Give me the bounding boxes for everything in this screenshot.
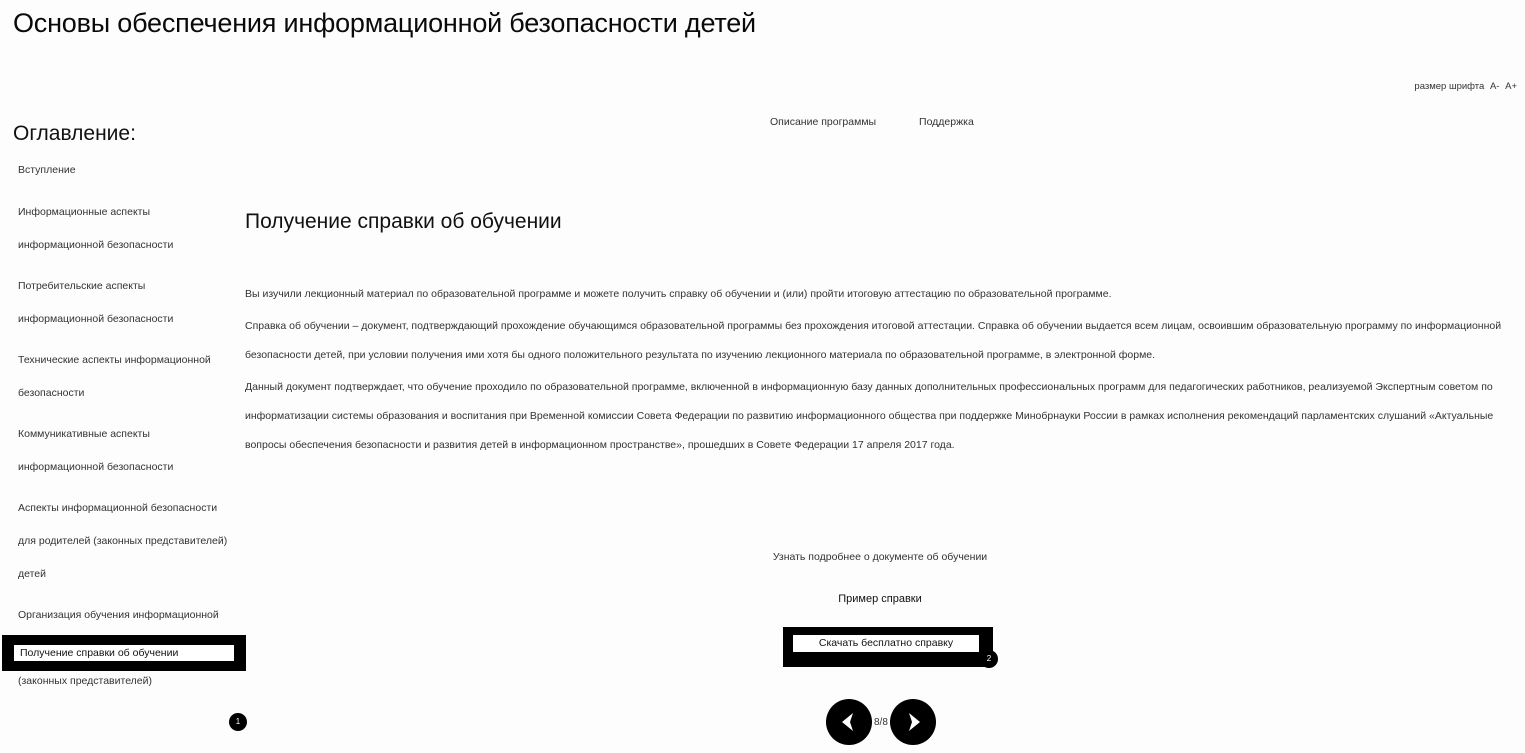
top-nav: Описание программы Поддержка bbox=[770, 116, 1014, 128]
toc-item-parent-aspects[interactable]: Аспекты информационной безопасности для … bbox=[0, 492, 240, 591]
font-size-control: размер шрифта А- А+ bbox=[1411, 81, 1517, 92]
paragraph-intro: Вы изучили лекционный материал по образо… bbox=[245, 280, 1520, 309]
toc-item-consumer-aspects[interactable]: Потребительские аспекты информационной б… bbox=[0, 270, 240, 336]
toc-list: Вступление Информационные аспекты информ… bbox=[0, 163, 240, 706]
annotation-marker-1: 1 bbox=[229, 713, 247, 731]
download-certificate-button[interactable]: Скачать бесплатно справку bbox=[793, 635, 979, 652]
certificate-actions: Узнать подробнее о документе об обучении… bbox=[235, 540, 1525, 605]
chevron-right-icon bbox=[901, 710, 925, 734]
more-about-document-link[interactable]: Узнать подробнее о документе об обучении bbox=[773, 551, 987, 563]
toc-item-communication-aspects[interactable]: Коммуникативные аспекты информационной б… bbox=[0, 418, 240, 484]
prev-page-button[interactable] bbox=[826, 699, 872, 745]
page-counter: 8/8 bbox=[874, 717, 888, 728]
toc-item-certificate[interactable]: Получение справки об обучении bbox=[2, 635, 246, 671]
annotation-marker-2: 2 bbox=[980, 650, 998, 668]
sample-certificate-label[interactable]: Пример справки bbox=[235, 593, 1525, 605]
toc-title: Оглавление: bbox=[13, 122, 136, 146]
font-size-decrease-button[interactable]: А- bbox=[1490, 81, 1500, 92]
site-title: Основы обеспечения информационной безопа… bbox=[13, 8, 756, 39]
nav-program-description[interactable]: Описание программы bbox=[770, 116, 876, 128]
page-title: Получение справки об обучении bbox=[245, 210, 1520, 234]
toc-item-technical-aspects[interactable]: Технические аспекты информационной безоп… bbox=[0, 344, 240, 410]
pager: 8/8 bbox=[826, 698, 936, 746]
font-size-increase-button[interactable]: А+ bbox=[1505, 81, 1517, 92]
paragraph-document-confirmation: Данный документ подтверждает, что обучен… bbox=[245, 373, 1520, 460]
toc-item-information-aspects[interactable]: Информационные аспекты информационной бе… bbox=[0, 196, 240, 262]
nav-support[interactable]: Поддержка bbox=[919, 116, 974, 128]
paragraph-certificate-definition: Справка об обучении – документ, подтверж… bbox=[245, 312, 1520, 370]
chevron-left-icon bbox=[837, 710, 861, 734]
next-page-button[interactable] bbox=[890, 699, 936, 745]
main-content: Получение справки об обучении Вы изучили… bbox=[245, 210, 1520, 460]
download-highlight: Скачать бесплатно справку bbox=[783, 627, 993, 667]
toc-item-certificate-label: Получение справки об обучении bbox=[14, 645, 234, 661]
font-size-label: размер шрифта bbox=[1414, 81, 1484, 92]
toc-item-intro[interactable]: Вступление bbox=[0, 163, 240, 178]
